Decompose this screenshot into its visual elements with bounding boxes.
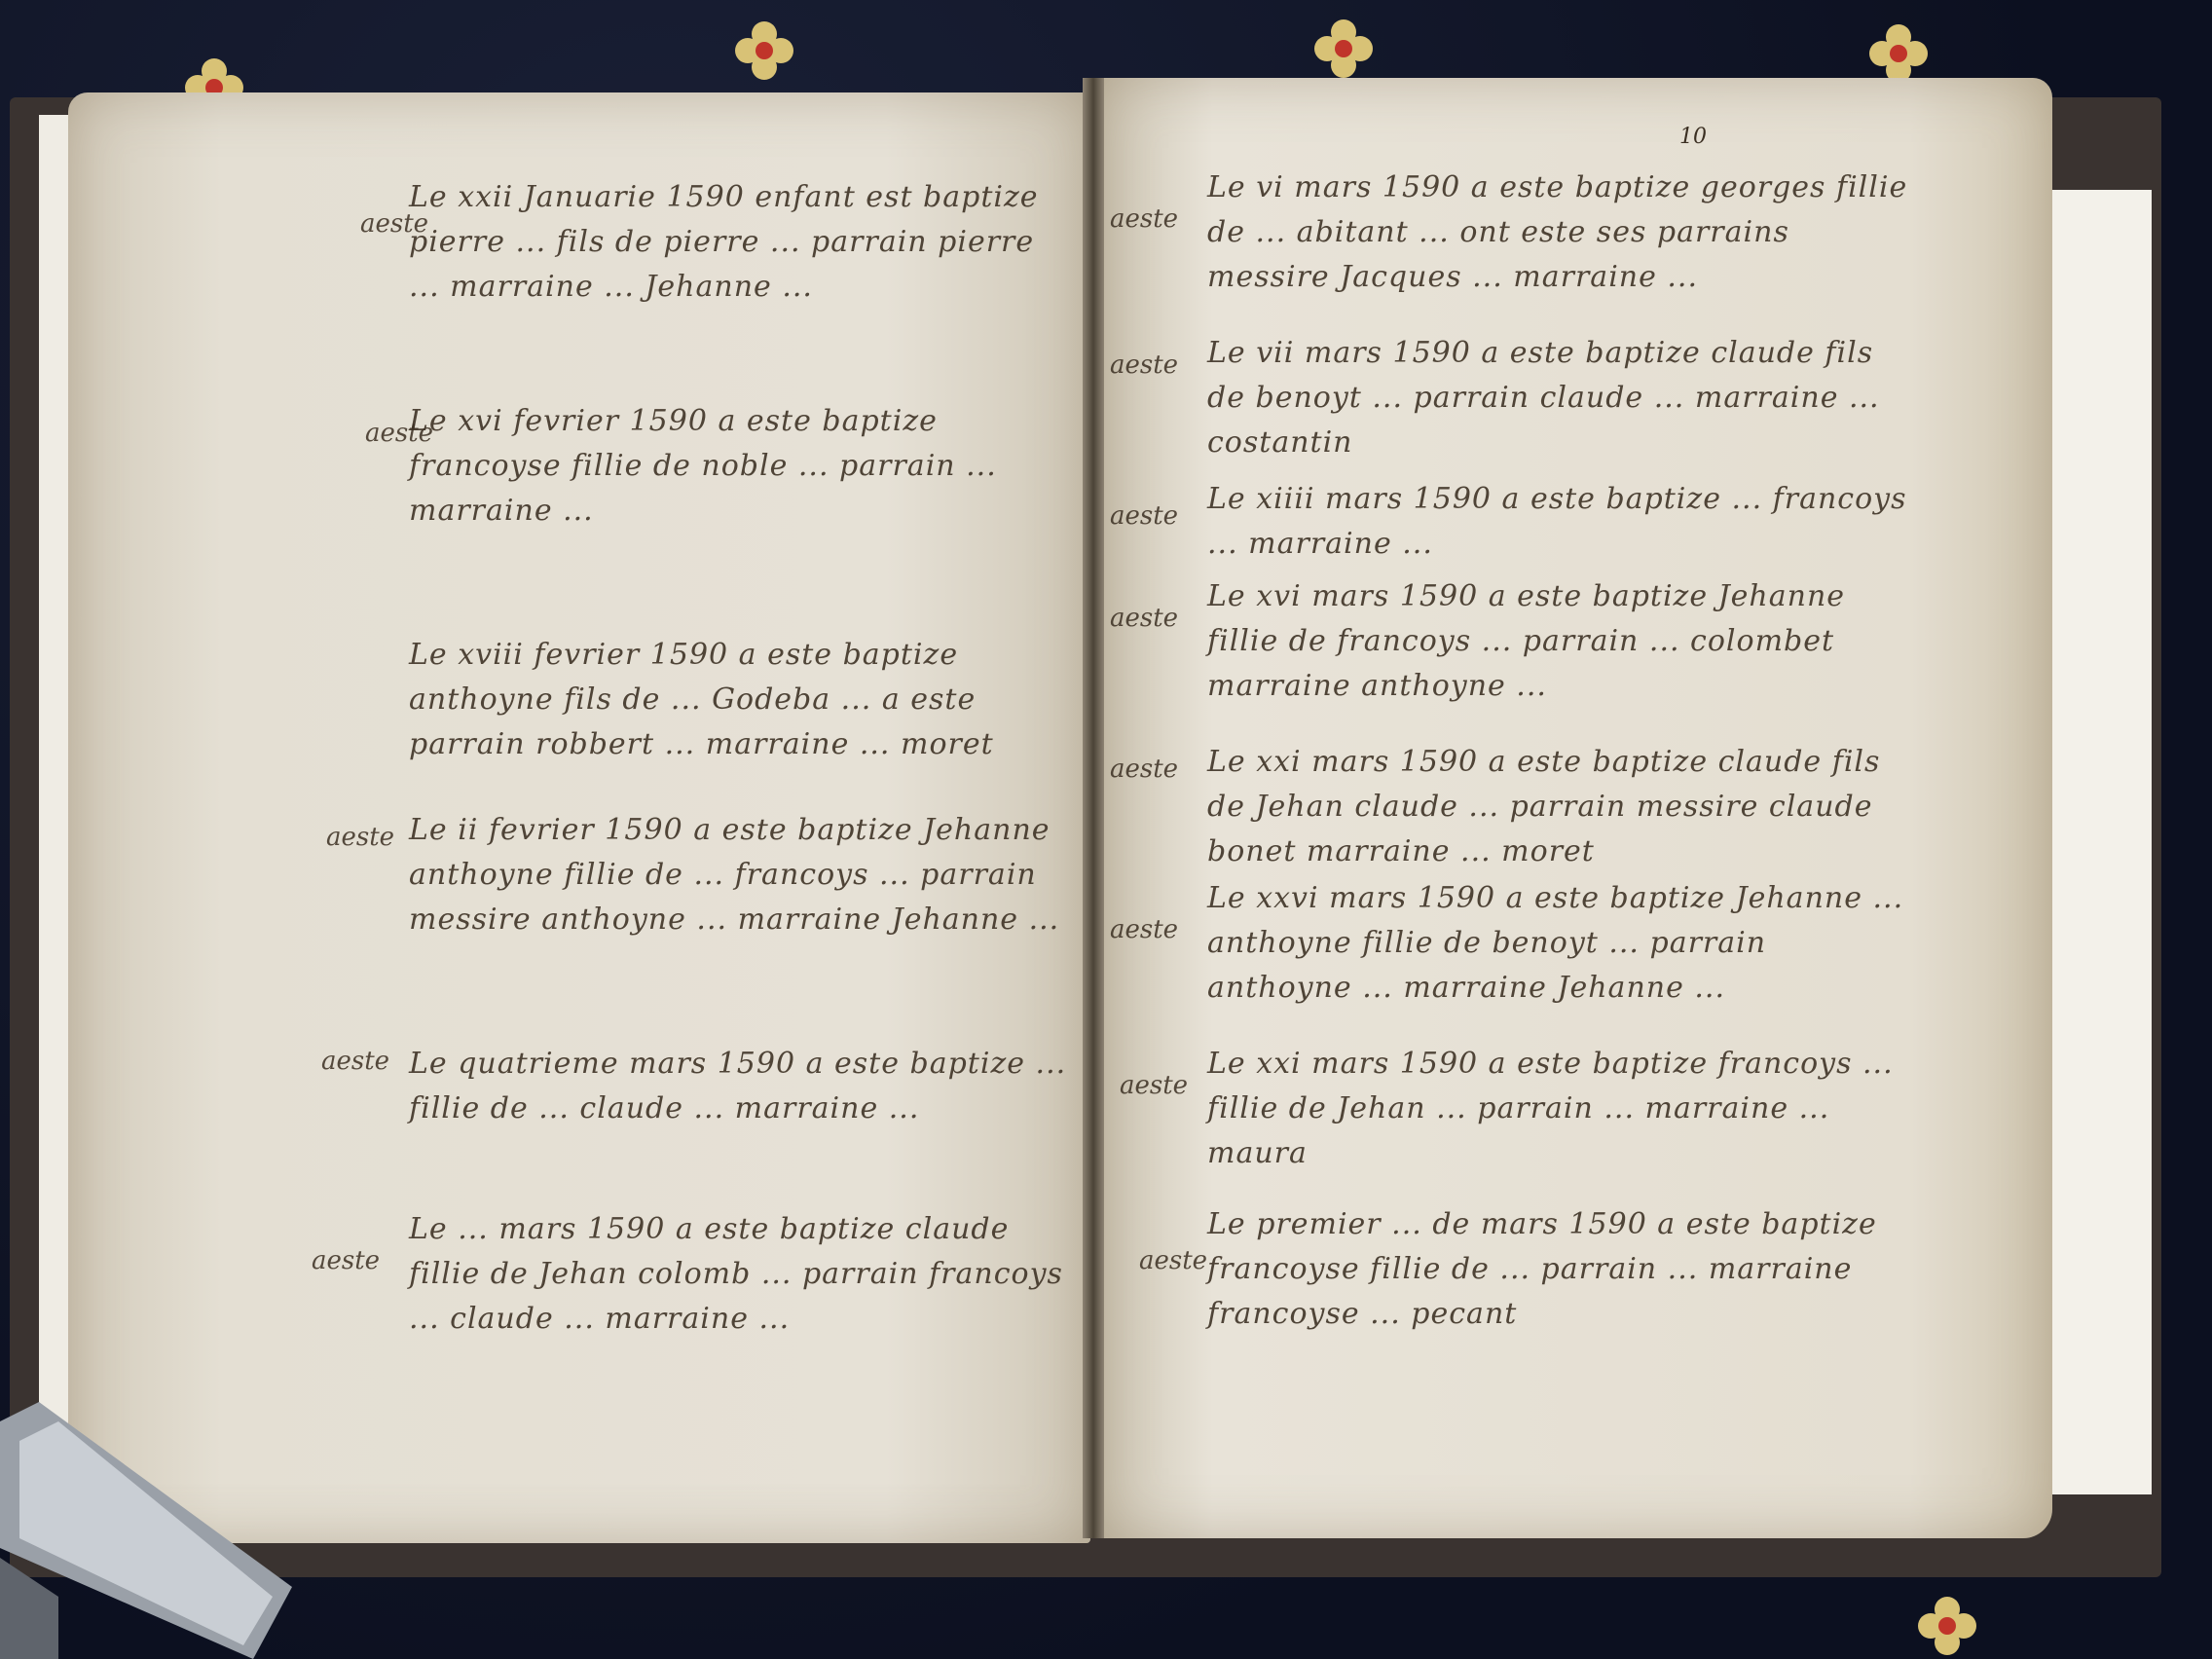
margin-note: aeste [326, 823, 394, 852]
margin-note: aeste [1110, 204, 1178, 234]
register-entry: Le ii fevrier 1590 a este baptize Jehann… [409, 808, 1071, 942]
margin-note: aeste [312, 1246, 380, 1275]
margin-note: aeste [1110, 604, 1178, 633]
margin-note: aeste [1110, 501, 1178, 531]
book-gutter [1083, 78, 1104, 1538]
register-entry: Le quatrieme mars 1590 a este baptize ..… [409, 1042, 1071, 1131]
register-entry: Le xiiii mars 1590 a este baptize ... fr… [1207, 477, 1908, 567]
page-number: 10 [1679, 125, 1707, 149]
margin-note: aeste [1139, 1246, 1207, 1275]
flower-pattern-icon [1869, 24, 1928, 83]
register-entry: Le xxvi mars 1590 a este baptize Jehanne… [1207, 876, 1908, 1011]
flower-pattern-icon [1918, 1597, 1976, 1655]
margin-note: aeste [321, 1047, 389, 1076]
register-entry: Le xxi mars 1590 a este baptize francoys… [1207, 1042, 1908, 1176]
margin-note: aeste [1110, 350, 1178, 380]
flower-pattern-icon [1314, 19, 1373, 78]
register-entry: Le xviii fevrier 1590 a este baptize ant… [409, 633, 1071, 767]
margin-note: aeste [1110, 915, 1178, 944]
register-entry: Le vii mars 1590 a este baptize claude f… [1207, 331, 1908, 465]
register-entry: Le ... mars 1590 a este baptize claude f… [409, 1207, 1071, 1342]
metal-binder-clip [0, 1402, 292, 1659]
margin-note: aeste [1120, 1071, 1188, 1100]
flower-pattern-icon [735, 21, 793, 80]
register-entry: Le vi mars 1590 a este baptize georges f… [1207, 166, 1908, 300]
register-entry: Le premier ... de mars 1590 a este bapti… [1207, 1202, 1908, 1337]
register-entry: Le xxii Januarie 1590 enfant est baptize… [409, 175, 1071, 310]
register-entry: Le xvi mars 1590 a este baptize Jehanne … [1207, 574, 1908, 709]
register-entry: Le xxi mars 1590 a este baptize claude f… [1207, 740, 1908, 874]
register-entry: Le xvi fevrier 1590 a este baptize franc… [409, 399, 1071, 534]
margin-note: aeste [1110, 755, 1178, 784]
